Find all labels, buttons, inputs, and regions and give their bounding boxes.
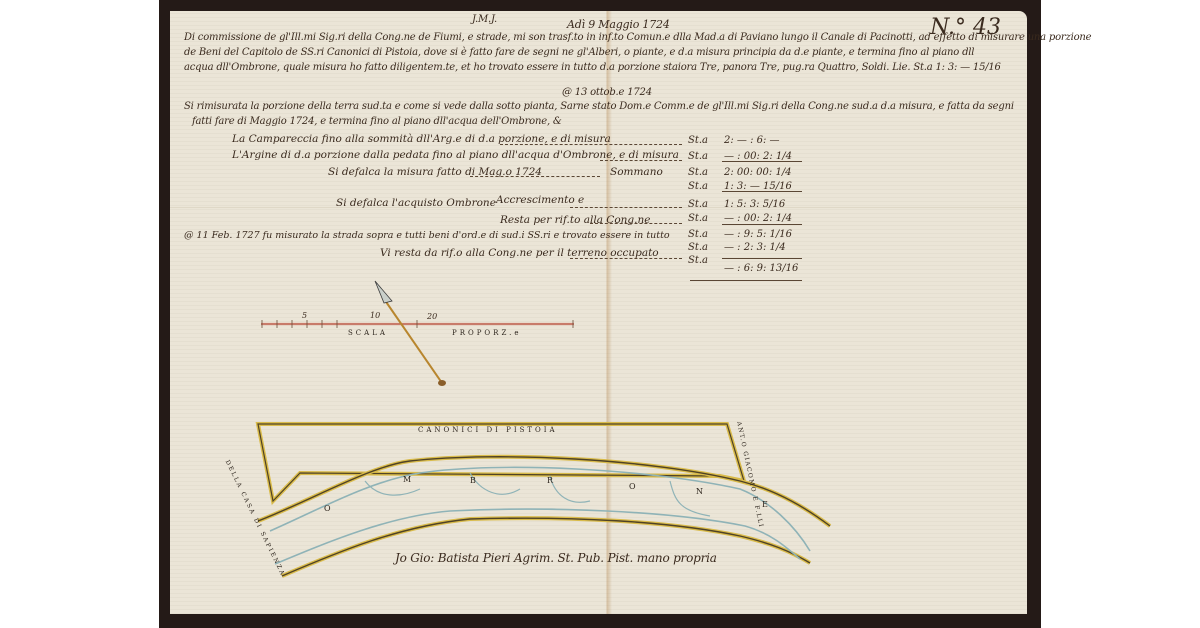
scale-label-proportion: PROPORZ.e	[452, 329, 522, 337]
scale-label: SCALA	[348, 329, 388, 337]
river-letter: B	[470, 476, 476, 485]
river-letter: O	[629, 482, 636, 491]
river-letter: N	[696, 487, 703, 496]
river-letter: R	[547, 476, 553, 485]
river-letter: E	[762, 500, 768, 509]
scale-tick-label: 5	[302, 311, 307, 320]
river-letter: O	[324, 504, 331, 513]
manuscript-sheet: N.° 43 J.M.J. Adì 9 Maggio 1724 Di commi…	[170, 11, 1027, 614]
scale-tick-label: 20	[427, 312, 437, 321]
scale-bar	[261, 320, 574, 328]
survey-map-drawing	[170, 11, 1027, 614]
parcel-owner-label: CANONICI DI PISTOIA	[418, 426, 558, 434]
surveyor-signature: Jo Gio: Batista Pieri Agrim. St. Pub. Pi…	[395, 551, 717, 565]
river-letter: M	[403, 475, 411, 484]
scale-tick-label: 10	[370, 311, 380, 320]
